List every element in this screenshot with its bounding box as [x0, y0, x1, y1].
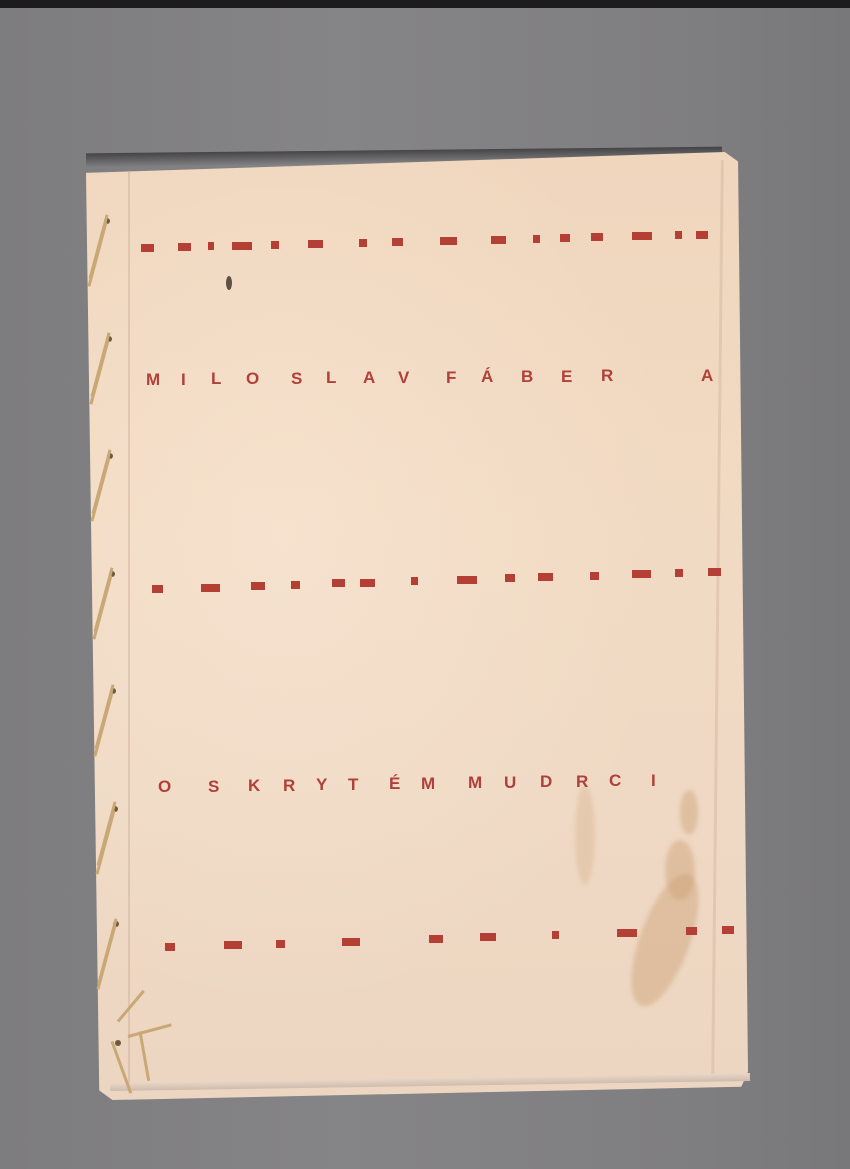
title-letter: A	[363, 368, 375, 388]
ornament-dash	[617, 929, 637, 937]
title-letter: D	[540, 772, 552, 792]
ornament-dash	[708, 568, 721, 576]
ornament-dash	[560, 234, 570, 242]
ornament-dash	[342, 938, 360, 946]
ornament-dash	[411, 577, 418, 585]
title-letter: M	[421, 774, 435, 794]
ornament-dash	[632, 232, 652, 240]
ornament-dash	[591, 233, 603, 241]
title-letter: V	[398, 368, 409, 388]
title-letter: L	[326, 368, 336, 388]
ornament-dash	[632, 570, 651, 578]
ornament-dash	[332, 579, 345, 587]
ornament-dash	[208, 242, 214, 250]
title-letter: L	[211, 369, 221, 389]
title-letter: R	[601, 366, 613, 386]
ornament-dash	[276, 940, 285, 948]
title-letter: Á	[481, 367, 493, 387]
title-letter: O	[246, 369, 259, 389]
ornament-dash	[480, 933, 496, 941]
title-letter: O	[158, 777, 171, 797]
title-letter: E	[561, 367, 572, 387]
ornament-dash	[590, 572, 599, 580]
title-letter: C	[609, 771, 621, 791]
ornament-dash	[675, 569, 683, 577]
title-letter: Y	[316, 775, 327, 795]
water-stain	[680, 790, 698, 835]
ornament-dash	[232, 242, 252, 250]
title-letter: M	[468, 773, 482, 793]
ornament-dash	[165, 943, 175, 951]
scanner-edge	[0, 0, 850, 8]
title-letter: É	[389, 774, 400, 794]
ornament-dash	[440, 237, 457, 245]
ornament-dash	[308, 240, 323, 248]
ornament-dash	[224, 941, 242, 949]
ornament-dash	[291, 581, 300, 589]
ornament-dash	[152, 585, 163, 593]
title-letter: I	[651, 771, 656, 791]
title-letter: M	[146, 370, 160, 390]
title-letter: I	[181, 370, 186, 390]
ornament-dash	[201, 584, 220, 592]
ornament-dash	[392, 238, 403, 246]
ornament-dash	[360, 579, 375, 587]
title-letter: F	[446, 368, 456, 388]
water-stain	[665, 840, 695, 900]
title-letter: T	[348, 775, 358, 795]
spine-fold-line	[128, 170, 130, 1090]
title-letter: B	[521, 367, 533, 387]
water-stain	[575, 785, 595, 885]
ornament-dash	[722, 926, 734, 934]
ornament-dash	[457, 576, 477, 584]
ornament-dash	[686, 927, 697, 935]
title-letter: S	[208, 777, 219, 797]
title-letter: A	[701, 366, 713, 386]
title-letter: U	[504, 773, 516, 793]
ornament-dash	[359, 239, 367, 247]
ornament-dash	[505, 574, 515, 582]
ornament-dash	[271, 241, 279, 249]
stitch-knot	[115, 1040, 121, 1046]
ornament-dash	[491, 236, 506, 244]
title-letter: K	[248, 776, 260, 796]
title-letter: S	[291, 369, 302, 389]
ornament-dash	[251, 582, 265, 590]
ornament-dash	[141, 244, 154, 252]
ornament-dash	[538, 573, 553, 581]
ornament-dash	[552, 931, 559, 939]
ornament-dash	[178, 243, 191, 251]
title-letter: R	[576, 772, 588, 792]
title-letter: R	[283, 776, 295, 796]
ornament-dash	[533, 235, 540, 243]
dirt-speck	[226, 276, 232, 290]
ornament-dash	[696, 231, 708, 239]
ornament-dash	[429, 935, 443, 943]
ornament-dash	[675, 231, 682, 239]
